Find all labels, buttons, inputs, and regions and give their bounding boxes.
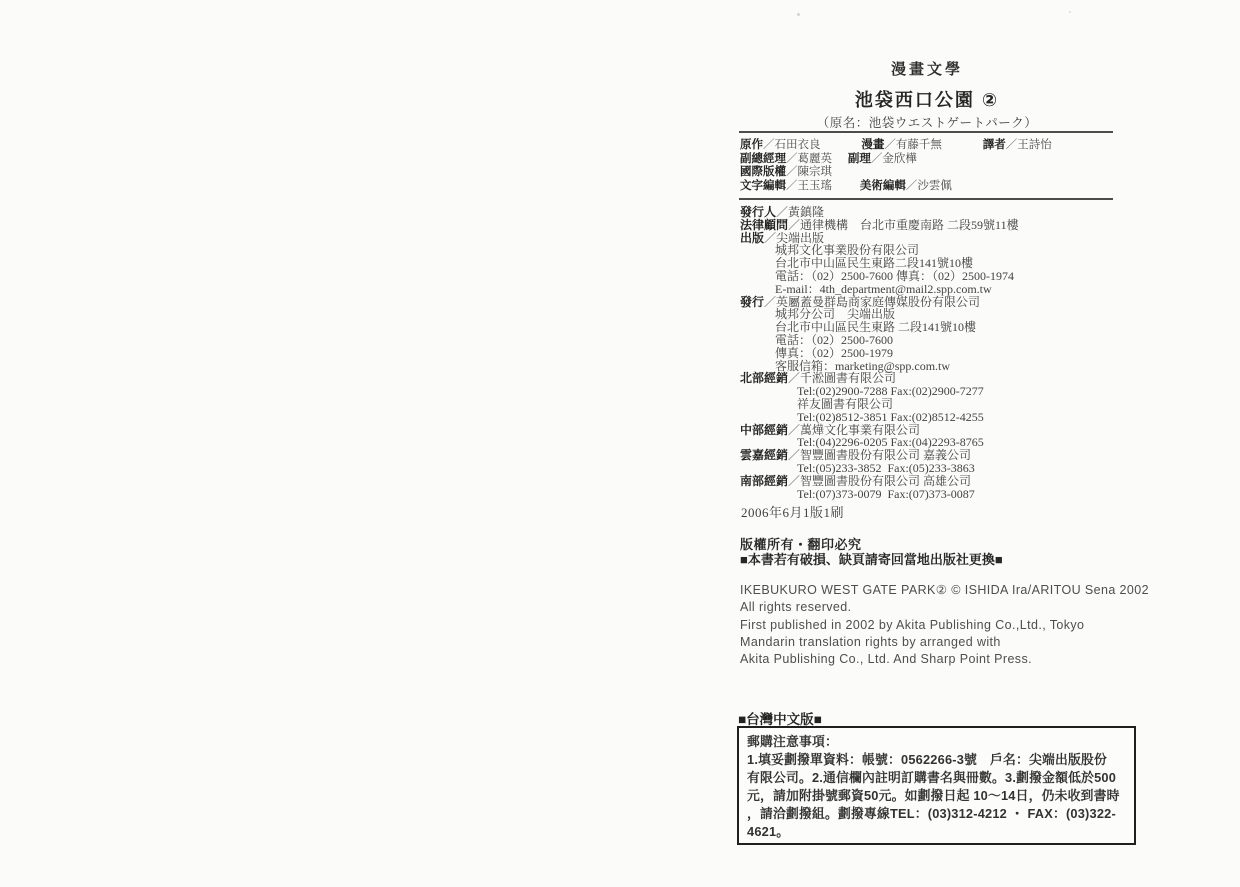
series-label: 漫畫文學 bbox=[740, 58, 1114, 79]
credit-role-label: 漫畫 bbox=[861, 139, 884, 151]
english-line: Mandarin translation rights by arranged … bbox=[740, 634, 1180, 651]
publication-info-block: 發行人／黃鎮隆 法律顧問／通律機構 台北市重慶南路 二段59號11樓 出版／尖端… bbox=[740, 206, 1170, 500]
english-line: IKEBUKURO WEST GATE PARK② © ISHIDA Ira/A… bbox=[740, 582, 1180, 599]
damaged-copy-notice: ■本書若有破損、缺頁請寄回當地出版社更換■ bbox=[740, 549, 1003, 568]
field-value: Tel:(07)373-0079 Fax:(07)373-0087 bbox=[797, 487, 975, 501]
credit-entry: 文字編輯／王玉瑤 bbox=[740, 180, 832, 194]
scan-artifact bbox=[797, 13, 800, 16]
horizontal-rule bbox=[739, 198, 1113, 200]
credit-entry: 譯者／王詩怡 bbox=[983, 139, 1052, 153]
field-label: 出版 bbox=[740, 231, 764, 245]
credit-role-label: 國際版權 bbox=[740, 166, 786, 178]
credit-role-label: 文字編輯 bbox=[740, 180, 786, 192]
mail-order-line: 郵購注意事項： bbox=[747, 733, 1126, 751]
field-label: 北部經銷 bbox=[740, 371, 788, 385]
field-label: 中部經銷 bbox=[740, 423, 788, 437]
scanned-colophon-page: 漫畫文學 池袋西口公園 ② （原名：池袋ウエストゲートパーク） 原作／石田衣良 … bbox=[0, 0, 1240, 887]
credit-person-name: 有藤千無 bbox=[896, 139, 942, 151]
slash-separator: ／ bbox=[884, 139, 896, 151]
credit-role-label: 譯者 bbox=[983, 139, 1006, 151]
credits-row: 原作／石田衣良 漫畫／有藤千無 譯者／王詩怡 bbox=[740, 139, 1140, 153]
credit-person-name: 王詩怡 bbox=[1017, 139, 1052, 151]
credit-person-name: 石田衣良 bbox=[775, 139, 821, 151]
credit-person-name: 沙雲佩 bbox=[917, 180, 952, 192]
horizontal-rule bbox=[739, 131, 1113, 133]
slash-separator: ／ bbox=[786, 166, 798, 178]
credit-person-name: 葛麗英 bbox=[798, 153, 833, 165]
slash-separator: ／ bbox=[1006, 139, 1018, 151]
credits-row: 國際版權／陳宗琪 bbox=[740, 166, 1140, 180]
field-value: 通律機構 台北市重慶南路 二段59號11樓 bbox=[800, 218, 1019, 232]
credit-entry: 副理／金欣樺 bbox=[848, 153, 917, 167]
slash-separator: ／ bbox=[906, 180, 918, 192]
edition-date: 2006年6月1版1刷 bbox=[741, 502, 844, 521]
original-title: （原名：池袋ウエストゲートパーク） bbox=[740, 113, 1114, 131]
field-label: 雲嘉經銷 bbox=[740, 448, 788, 462]
slash-separator: ／ bbox=[763, 139, 775, 151]
credit-entry: 原作／石田衣良 bbox=[740, 139, 821, 153]
mail-order-line: 4621。 bbox=[747, 823, 1126, 841]
slash-separator: ／ bbox=[871, 153, 883, 165]
credit-person-name: 陳宗琪 bbox=[798, 166, 833, 178]
credits-block: 原作／石田衣良 漫畫／有藤千無 譯者／王詩怡 副總經理／葛麗英 副理／金欣樺 國… bbox=[740, 139, 1140, 193]
english-line: All rights reserved. bbox=[740, 599, 1180, 616]
field-label: 南部經銷 bbox=[740, 474, 788, 488]
mail-order-line: 元，請加附掛號郵資50元。如劃撥日起 10～14日，仍未收到書時 bbox=[747, 787, 1126, 805]
slash-separator: ／ bbox=[786, 153, 798, 165]
slash-separator: ／ bbox=[786, 180, 798, 192]
credit-role-label: 副總經理 bbox=[740, 153, 786, 165]
english-line: Akita Publishing Co., Ltd. And Sharp Poi… bbox=[740, 651, 1180, 668]
mail-order-line: ，請洽劃撥組。劃撥專線TEL：(03)312-4212 ・ FAX：(03)32… bbox=[747, 805, 1126, 823]
credits-row: 文字編輯／王玉瑤 美術編輯／沙雲佩 bbox=[740, 180, 1140, 194]
mail-order-line: 1.填妥劃撥單資料：帳號：0562266-3號 戶名：尖端出版股份 bbox=[747, 751, 1126, 769]
credit-person-name: 金欣樺 bbox=[882, 153, 917, 165]
credit-entry: 國際版權／陳宗琪 bbox=[740, 166, 832, 180]
field-label: 發行 bbox=[740, 295, 764, 309]
credit-person-name: 王玉瑤 bbox=[798, 180, 833, 192]
scan-artifact bbox=[1069, 11, 1071, 13]
credit-role-label: 原作 bbox=[740, 139, 763, 151]
english-copyright-block: IKEBUKURO WEST GATE PARK② © ISHIDA Ira/A… bbox=[740, 582, 1180, 668]
mail-order-notice-box: 郵購注意事項： 1.填妥劃撥單資料：帳號：0562266-3號 戶名：尖端出版股… bbox=[737, 726, 1136, 845]
taiwan-edition-label: ■台灣中文版■ bbox=[738, 708, 822, 728]
credit-entry: 漫畫／有藤千無 bbox=[861, 139, 942, 153]
credit-entry: 副總經理／葛麗英 bbox=[740, 153, 832, 167]
credit-role-label: 副理 bbox=[848, 153, 871, 165]
credit-entry: 美術編輯／沙雲佩 bbox=[860, 180, 952, 194]
book-title: 池袋西口公園 ② bbox=[740, 86, 1114, 112]
credit-role-label: 美術編輯 bbox=[860, 180, 906, 192]
mail-order-line: 有限公司。2.通信欄內註明訂購書名與冊數。3.劃撥金額低於500 bbox=[747, 769, 1126, 787]
publication-line: Tel:(07)373-0079 Fax:(07)373-0087 bbox=[740, 488, 1170, 501]
english-line: First published in 2002 by Akita Publish… bbox=[740, 617, 1180, 634]
credits-row: 副總經理／葛麗英 副理／金欣樺 bbox=[740, 153, 1140, 167]
